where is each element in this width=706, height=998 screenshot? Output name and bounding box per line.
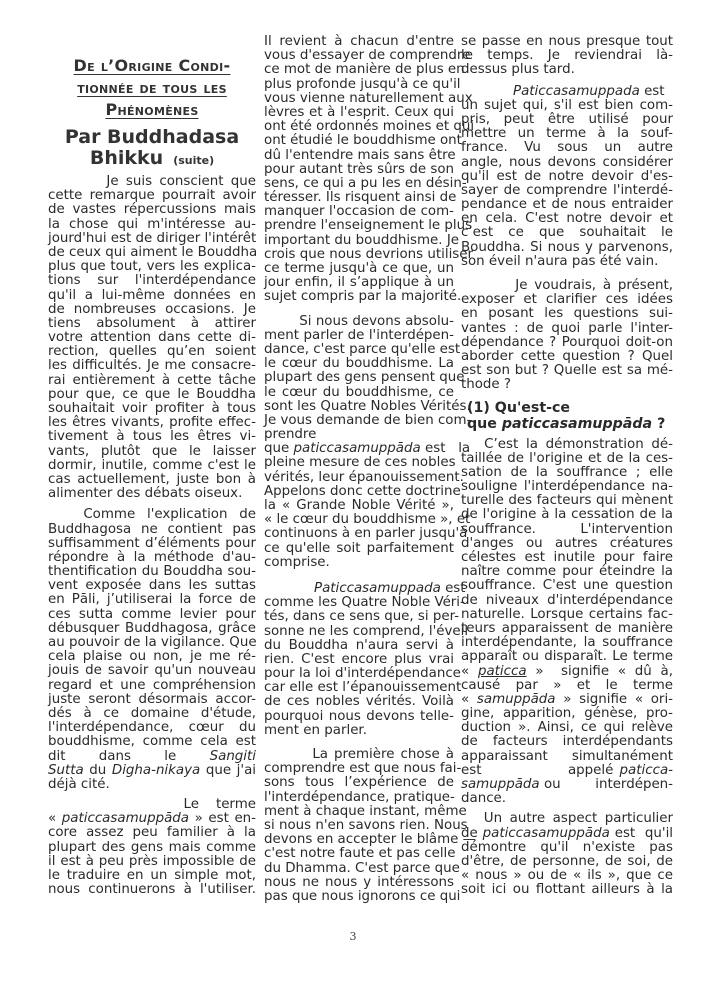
text-line: sons tous l’expérience de [264,776,454,790]
text-line: du Bouddha n'aura servi à [264,639,454,653]
text-line: vants, plutôt que le laisser [48,445,256,459]
text-line: pleine mesure de ces nobles [264,456,454,470]
text-line: de vastes répercussions mais [48,203,256,217]
text-line: nous ne nous y intéressons [264,876,454,890]
paragraph: Paticcasamuppada est comme les Quatre No… [264,582,454,738]
article-title: De l’Origine Condi- tionnée de tous les … [48,55,256,121]
text-line: pendance et de nous entraider [461,198,673,212]
text-line: « samuppāda » signifie « ori- [461,693,673,707]
text-line: Buddhagosa ne contient pas [48,523,256,537]
text-line: de ceux qui aiment le Bouddha [48,246,256,260]
text-line: comprise. [264,556,454,570]
text-line: qu'il a lui-même données en [48,289,256,303]
page-number: 3 [0,930,706,943]
paragraph: Le terme « paticcasamuppāda » est en- co… [48,798,256,897]
text-line: taillée de l'origine et de la ces- [461,452,673,466]
text-line: naître comme pour éteindre la [461,565,673,579]
text-line: la chose qui m'intéresse au- [48,218,256,232]
text-line: bouddhisme, comme cela est [48,735,256,749]
text-line: le temps. Je reviendrai là- [461,49,673,63]
text-line: Il revient à chacun d'entre [264,35,454,49]
text-line: de nombreuses occasions. Je [48,303,256,317]
text-line: core assez peu familier à la [48,826,256,840]
text-line: dance. [461,792,673,806]
title-line: tionnée de tous les [48,77,256,99]
text-line: apparaissant simultanément [461,750,673,764]
text-line: La première chose à [264,748,454,762]
text-line: vous vienne naturellement aux [264,92,454,106]
text-line: pourquoi nous devons telle- [264,710,454,724]
text-line: dessus plus tard. [461,63,673,77]
text-line: vérités, leur épanouissement. [264,471,454,485]
text-line: qu'il est de notre devoir d'es- [461,170,673,184]
text-line: répondre à la méthode d'au- [48,551,256,565]
text-line: plupart des gens pensent que [264,371,454,385]
text-line: cela plaise ou non, je me ré- [48,650,256,664]
right-column: se passe en nous presque toutle temps. J… [461,35,673,905]
text-line: nous continuerons à l'utiliser. [48,883,256,897]
text-line: C’est la démonstration dé- [461,438,673,452]
text-line: france. Vu sous un autre [461,141,673,155]
text-line: c'est notre faute et pas celle [264,847,454,861]
paragraph: Il revient à chacun d'entrevous d'essaye… [264,35,454,305]
paragraph: Paticcasamuppada est un sujet qui, s'il … [461,85,673,269]
text-line: ment parler de l'interdépen- [264,329,454,343]
text-line: pour que, ce que le Bouddha [48,388,256,402]
text-line: dit dans le Sangiti [48,750,256,764]
text-line: c’est ce que souhaitait le [461,226,673,240]
text-line: souffrance. L'intervention [461,523,673,537]
paragraph: Si nous devons absolu-ment parler de l'i… [264,315,454,570]
text-line: dû l'entendre mais sans être [264,149,454,163]
text-line: devons en accepter le blâme — [264,833,454,847]
text-line: de ces nobles vérités. Voilà [264,695,454,709]
paragraph: Un autre aspect particulier de paticcasa… [461,812,673,897]
text-line: Paticcasamuppada est [461,85,673,99]
article-author: Par Buddhadasa Bhikku(suite) [48,127,256,171]
text-line: Sutta du Digha-nikaya que j'ai [48,764,256,778]
text-line: de niveaux d'interdépendance [461,594,673,608]
suite-label: (suite) [173,154,214,167]
title-line: De l’Origine Condi- [48,55,256,77]
text-line: thode ? [461,378,673,392]
text-line: Bouddha. Si nous y parvenons, [461,241,673,255]
text-line: aborder cette question ? Quel [461,350,673,364]
text-line: dés à ce domaine d'étude, [48,707,256,721]
text-line: sonne ne les comprend, l'éveil [264,625,454,639]
text-line: il est à peu près impossible de [48,855,256,869]
paragraph: Je suis conscient quecette remarque pour… [48,175,256,501]
section-heading: (1) Qu'est-ce que paticcasamuppāda ? [467,400,673,432]
text-line: prendre l'enseignement le plus [264,219,454,233]
text-line: de l'origine à la cessation de la [461,508,673,522]
text-line: souffrance. C'est une question [461,579,673,593]
text-line: du Dhamma. C'est parce que [264,862,454,876]
text-line: cas actuellement, juste bon à [48,473,256,487]
text-line: juste seront désormais accor- [48,693,256,707]
text-line: vantes : de quoi parle l'inter- [461,322,673,336]
text-line: Je vous demande de bien com- [264,414,454,428]
text-line: les difficultés. Je me consacre- [48,359,256,373]
text-line: soit ici ou flottant ailleurs à la [461,883,673,897]
text-line: sujet compris par la majorité. [264,290,454,304]
text-line: son éveil n'aura pas été vain. [461,255,673,269]
text-line: mettre un terme à la souf- [461,127,673,141]
text-line: sayer de comprendre l'interdé- [461,184,673,198]
author-line: Par Buddhadasa [48,127,256,148]
text-line: tions sur l'interdépendance [48,274,256,288]
text-line: que paticcasamuppāda est la [264,442,454,456]
text-line: si nous n'en savons rien. Nous [264,819,454,833]
text-line: crois que nous devrions utiliser [264,248,454,262]
text-line: jouis de savoir qu'un nouveau [48,664,256,678]
text-line: d'être, de personne, de soi, de [461,855,673,869]
text-line: est son but ? Quelle est sa mé- [461,364,673,378]
paragraph: C’est la démonstration dé-taillée de l'o… [461,438,673,807]
text-line: de facteurs interdépendants [461,735,673,749]
paragraph: se passe en nous presque toutle temps. J… [461,35,673,78]
text-line: Un autre aspect particulier [461,812,673,826]
text-line: de paticcasamuppāda est qu'il [461,827,673,841]
text-line: ce mot de manière de plus en [264,63,454,77]
text-line: exposer et clarifier ces idées [461,293,673,307]
text-line: l'interdépendance, cœur du [48,721,256,735]
text-line: la « Grande Noble Vérité », [264,499,454,513]
text-line: le cœur du bouddhisme, ce [264,386,454,400]
author-name: Bhikku [90,147,163,169]
text-line: continuons à en parler jusqu'à [264,527,454,541]
text-line: ce qu'elle soit parfaitement [264,542,454,556]
text-line: ces sutta comme levier pour [48,608,256,622]
text-line: Appelons donc cette doctrine [264,485,454,499]
text-line: dépendance ? Pourquoi doit-on [461,336,673,350]
text-line: jourd'hui est de diriger l'intérêt [48,232,256,246]
text-line: démontre qu'il n'existe pas [461,841,673,855]
text-line: ont étudié le bouddhisme ont [264,134,454,148]
text-line: vent exposée dans les suttas [48,579,256,593]
paragraph: Comme l'explication deBuddhagosa ne cont… [48,508,256,792]
left-column: De l’Origine Condi- tionnée de tous les … [48,35,256,904]
text-line: samuppāda ou interdépen- [461,778,673,792]
author-line: Bhikku(suite) [48,148,256,171]
text-line: un sujet qui, s'il est bien com- [461,99,673,113]
text-line: débusquer Buddhagosa, grâce [48,622,256,636]
text-line: Je suis conscient que [48,175,256,189]
text-line: tés, dans ce sens que, si per- [264,610,454,624]
text-line: le cœur du bouddhisme. La [264,357,454,371]
text-line: l'interdépendance, pratique- [264,791,454,805]
text-line: Si nous devons absolu- [264,315,454,329]
title-line: Phénomènes [48,99,256,121]
text-line: suffisamment d’éléments pour [48,537,256,551]
text-line: dance, c'est parce qu'elle est [264,343,454,357]
text-line: téresser. Ils risquent ainsi de [264,191,454,205]
text-line: plupart des gens mais comme [48,841,256,855]
text-line: en Pāli, j’utiliserai la force de [48,593,256,607]
text-line: d'anges ou autres créatures [461,537,673,551]
text-line: rai entièrement à cette tâche [48,374,256,388]
text-line: plus profonde jusqu'à ce qu'il [264,78,454,92]
text-line: ment en parler. [264,724,454,738]
text-line: pas que nous ignorons ce qui [264,890,454,904]
text-line: tivement à tous les êtres vi- [48,430,256,444]
text-line: déjà cité. [48,778,256,792]
text-line: apparaît ou disparaît. Le terme [461,650,673,664]
paragraph: Je voudrais, à présent,exposer et clarif… [461,279,673,393]
text-line: naturelle. Lorsque certains fac- [461,608,673,622]
text-line: sens, ce qui a pu les en désin- [264,177,454,191]
text-line: causé par » et le terme [461,679,673,693]
text-line: regard et une compréhension [48,679,256,693]
text-line: alimenter des débats oiseux. [48,487,256,501]
text-line: manquer l'occasion de com- [264,205,454,219]
text-line: « paticca » signifie « dû à, [461,665,673,679]
text-line: tiens absolument à attirer [48,317,256,331]
text-line: dormir, inutile, comme c'est le [48,459,256,473]
text-line: sont les Quatre Nobles Vérités. [264,400,454,414]
text-line: Paticcasamuppada est [264,582,454,596]
text-line: en posant les questions sui- [461,307,673,321]
text-line: ment à chaque instant, même [264,805,454,819]
text-line: votre attention dans cette di- [48,331,256,345]
text-line: angle, nous devons considérer [461,156,673,170]
text-line: Le terme [48,798,256,812]
paragraph: La première chose àcomprendre est que no… [264,748,454,904]
text-line: rien. C'est encore plus vrai [264,653,454,667]
middle-column: Il revient à chacun d'entrevous d'essaye… [264,35,454,911]
text-line: important du bouddhisme. Je [264,234,454,248]
text-line: prendre [264,428,454,442]
text-line: lèvres et à l'esprit. Ceux qui [264,106,454,120]
text-line: sation de la souffrance ; elle [461,466,673,480]
text-line: pour autant très sûrs de son [264,163,454,177]
text-line: Comme l'explication de [48,508,256,522]
text-line: en cela. C'est notre devoir et [461,212,673,226]
text-line: est appelé paticca- [461,764,673,778]
text-line: teurs apparaissent de manière [461,622,673,636]
text-line: pris, peut être utilisé pour [461,113,673,127]
